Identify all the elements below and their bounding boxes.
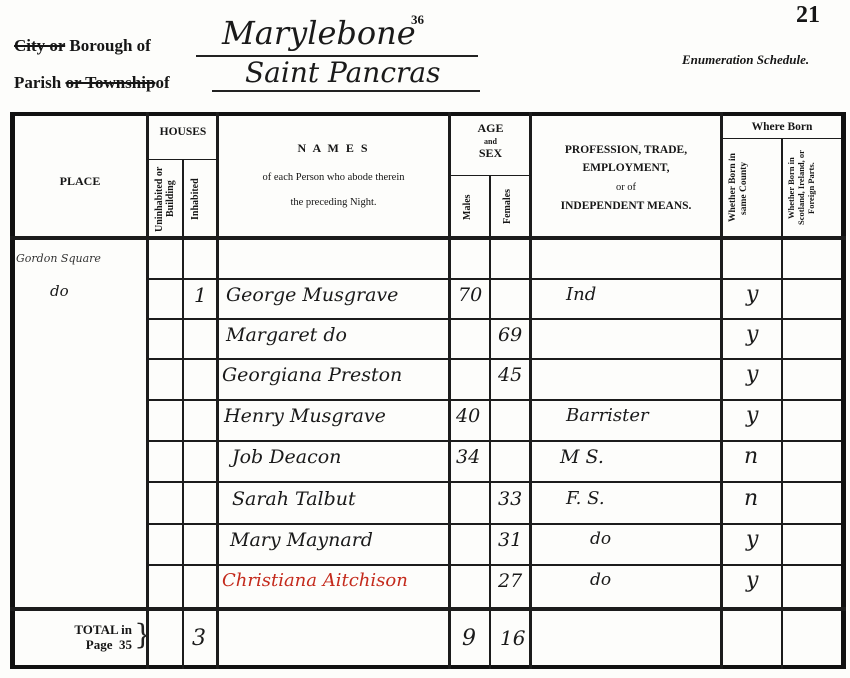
row-female-age: 31 bbox=[498, 529, 522, 551]
parish-value: Saint Pancras bbox=[245, 56, 440, 89]
totals-inhabited: 3 bbox=[192, 626, 206, 651]
row-female-age: 45 bbox=[498, 364, 522, 386]
totals-page-ref: 35 bbox=[119, 637, 132, 652]
row-male-age: 70 bbox=[458, 284, 482, 306]
header-houses: HOUSES bbox=[149, 126, 217, 138]
borough-value: Marylebone bbox=[222, 14, 416, 52]
row-name: Sarah Talbut bbox=[232, 488, 356, 510]
col-divider-profession bbox=[720, 112, 723, 669]
parish-label-struck: or Township bbox=[65, 73, 155, 92]
folio-number: 36 bbox=[411, 12, 424, 28]
row-profession: do bbox=[590, 570, 611, 590]
houses-sub-rule bbox=[149, 159, 217, 160]
row-profession: Ind bbox=[566, 284, 596, 305]
row-name: Mary Maynard bbox=[230, 529, 373, 551]
header-where-born: Where Born bbox=[723, 121, 841, 133]
row-name: Henry Musgrave bbox=[224, 405, 386, 427]
row-same-county: y bbox=[746, 322, 758, 347]
header-bottom-rule bbox=[10, 236, 846, 240]
row-rule-5 bbox=[149, 440, 841, 442]
col-divider-names bbox=[448, 112, 451, 669]
header-same-county: Whether Born in same County bbox=[728, 143, 776, 233]
row-same-county: y bbox=[746, 403, 758, 428]
header-age-title: AGE bbox=[451, 121, 530, 136]
row-female-age: 33 bbox=[498, 488, 522, 510]
row-same-county: y bbox=[746, 527, 758, 552]
totals-males: 9 bbox=[462, 626, 476, 651]
header-males: Males bbox=[462, 182, 480, 232]
row-same-county: n bbox=[744, 486, 758, 511]
header-age-sex: SEX bbox=[451, 146, 530, 161]
totals-females: 16 bbox=[500, 626, 525, 650]
header-names-sub1: of each Person who abode therein bbox=[219, 172, 448, 183]
row-same-county: y bbox=[746, 282, 758, 307]
row-male-age: 34 bbox=[456, 446, 480, 468]
totals-page-word: Page bbox=[86, 637, 113, 652]
parish-label: Parish or Townshipof bbox=[14, 73, 170, 93]
row-same-county: n bbox=[744, 444, 758, 469]
col-divider-place bbox=[146, 112, 149, 669]
row-rule-6 bbox=[149, 481, 841, 483]
header-age-and: and bbox=[451, 137, 530, 146]
age-sub-rule bbox=[451, 175, 530, 176]
row-rule-3 bbox=[149, 358, 841, 360]
place-entry-1: Gordon Square bbox=[16, 252, 101, 265]
header-profession-1: PROFESSION, TRADE, bbox=[532, 144, 720, 156]
borough-label-text: Borough of bbox=[69, 36, 150, 55]
header-profession-2: EMPLOYMENT, bbox=[532, 162, 720, 174]
row-rule-2 bbox=[149, 318, 841, 320]
row-male-age: 40 bbox=[456, 405, 480, 427]
col-divider-born-mid bbox=[781, 138, 783, 669]
row-name-highlighted: Christiana Aitchison bbox=[222, 570, 408, 591]
row-rule-4 bbox=[149, 399, 841, 401]
borough-label: City or Borough of bbox=[14, 36, 151, 56]
row-female-age: 27 bbox=[498, 570, 522, 592]
row-profession: M S. bbox=[560, 446, 604, 468]
row-profession: do bbox=[590, 529, 611, 549]
where-born-sub-rule bbox=[723, 138, 841, 139]
parish-label-text: Parish bbox=[14, 73, 61, 92]
schedule-title: Enumeration Schedule. bbox=[682, 52, 809, 68]
header-names-title: N A M E S bbox=[219, 141, 448, 156]
row-name: George Musgrave bbox=[226, 284, 398, 306]
col-divider-age bbox=[529, 112, 532, 669]
header-names-sub2: the preceding Night. bbox=[219, 197, 448, 208]
row-name: Margaret do bbox=[226, 324, 347, 346]
borough-label-struck: City or bbox=[14, 36, 65, 55]
header-place: PLACE bbox=[14, 174, 146, 189]
page-number: 21 bbox=[796, 2, 820, 29]
header-profession-3: or of bbox=[532, 182, 720, 193]
col-divider-houses bbox=[216, 112, 219, 669]
row-inhabited-count: 1 bbox=[194, 283, 207, 307]
place-entry-2: do bbox=[50, 282, 69, 300]
header-profession-4: INDEPENDENT MEANS. bbox=[532, 200, 720, 212]
row-female-age: 69 bbox=[498, 324, 522, 346]
row-name: Georgiana Preston bbox=[222, 364, 402, 386]
header-uninhabited: Uninhabited or Building bbox=[154, 164, 178, 234]
row-rule-7 bbox=[149, 523, 841, 525]
parish-underline bbox=[212, 90, 480, 92]
totals-brace-icon: } bbox=[134, 620, 152, 650]
totals-label: TOTAL in Page 35 bbox=[40, 622, 132, 652]
col-divider-age-mid bbox=[489, 176, 491, 669]
row-same-county: y bbox=[746, 362, 758, 387]
header-females: Females bbox=[502, 182, 520, 232]
row-rule-8 bbox=[149, 564, 841, 566]
parish-label-of: of bbox=[155, 73, 169, 92]
row-name: Job Deacon bbox=[232, 446, 341, 468]
row-profession: Barrister bbox=[566, 405, 649, 426]
header-inhabited: Inhabited bbox=[190, 164, 210, 234]
totals-label-line1: TOTAL in bbox=[40, 622, 132, 637]
row-rule-1 bbox=[149, 278, 841, 280]
totals-label-line2: Page 35 bbox=[40, 637, 132, 652]
totals-top-rule bbox=[10, 607, 846, 611]
row-profession: F. S. bbox=[566, 488, 605, 509]
header-foreign-parts: Whether Born in Scotland, Ireland, or Fo… bbox=[786, 143, 838, 233]
row-same-county: y bbox=[746, 568, 758, 593]
